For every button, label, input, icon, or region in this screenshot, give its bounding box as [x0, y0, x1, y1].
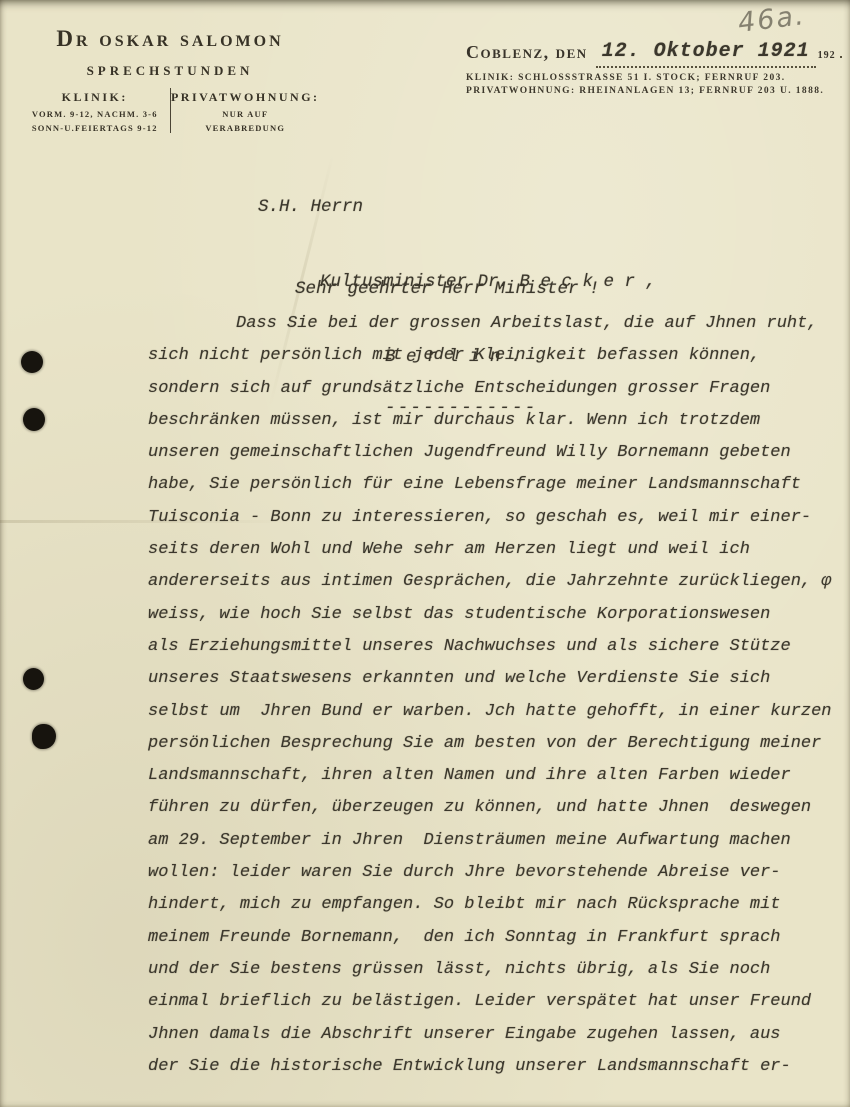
letter-body-line: und der Sie bestens grüssen lässt, nicht… — [148, 954, 848, 986]
private-address-line: PRIVATWOHNUNG: RHEINANLAGEN 13; FERNRUF … — [466, 86, 842, 96]
dateline: Coblenz, den 12. Oktober 1921 192 — [466, 42, 842, 68]
letter-body-line: seits deren Wohl und Wehe sehr am Herzen… — [148, 534, 848, 566]
clinic-column-title: KLINIK: — [20, 90, 170, 105]
clinic-hours-column: KLINIK: VORM. 9-12, NACHM. 3-6 SONN-U.FE… — [20, 88, 170, 133]
private-hours-line: VERABREDUNG — [171, 123, 321, 133]
clinic-hours-line: SONN-U.FEIERTAGS 9-12 — [20, 123, 170, 133]
letter-body-line: persönlichen Besprechung Sie am besten v… — [148, 728, 848, 760]
letter-body-line: Tuisconia - Bonn zu interessieren, so ge… — [148, 502, 848, 534]
typed-date: 12. Oktober 1921 — [602, 40, 810, 63]
letter-body-line: andererseits aus intimen Gesprächen, die… — [148, 566, 848, 598]
letter-body-line: Dass Sie bei der grossen Arbeitslast, di… — [148, 308, 848, 340]
private-hours-line: NUR AUF — [171, 109, 321, 119]
letter-body-line: hindert, mich zu empfangen. So bleibt mi… — [148, 889, 848, 921]
letter-body-line: sich nicht persönlich mit jeder Kleinigk… — [148, 340, 848, 372]
letter-body-line: am 29. September in Jhren Diensträumen m… — [148, 825, 848, 857]
letterhead-right-block: Coblenz, den 12. Oktober 1921 192 KLINIK… — [466, 42, 842, 96]
letter-salutation: Sehr geehrter Herr Minister ! — [295, 279, 600, 299]
scanned-letter-page: 46a. Dr Oskar Salomon SPRECHSTUNDEN KLIN… — [0, 0, 850, 1107]
letter-body-line: unseres Staatswesens erkannten und welch… — [148, 663, 848, 695]
letter-body-line: selbst um Jhren Bund er warben. Jch hatt… — [148, 696, 848, 728]
letter-body-line: einmal brieflich zu belästigen. Leider v… — [148, 986, 848, 1018]
private-hours-column: PRIVATWOHNUNG: NUR AUF VERABREDUNG — [170, 88, 321, 133]
doctor-name: Dr Oskar Salomon — [20, 26, 320, 52]
letter-body-line: als Erziehungsmittel unseres Nachwuchses… — [148, 631, 848, 663]
recipient-salutation-line: S.H. Herrn — [258, 190, 656, 225]
punch-hole — [23, 408, 45, 431]
letter-body-line: Jhnen damals die Abschrift unserer Einga… — [148, 1019, 848, 1051]
consultation-columns: KLINIK: VORM. 9-12, NACHM. 3-6 SONN-U.FE… — [20, 88, 320, 133]
letter-body-line: wollen: leider waren Sie durch Jhre bevo… — [148, 857, 848, 889]
letter-body-line: sondern sich auf grundsätzliche Entschei… — [148, 373, 848, 405]
punch-hole — [32, 724, 56, 749]
letter-body-line: meinem Freunde Bornemann, den ich Sonnta… — [148, 922, 848, 954]
clinic-hours-line: VORM. 9-12, NACHM. 3-6 — [20, 109, 170, 119]
consultation-hours-label: SPRECHSTUNDEN — [20, 63, 320, 79]
letter-body: Dass Sie bei der grossen Arbeitslast, di… — [148, 308, 848, 1083]
printed-year-stub: 192 — [818, 50, 836, 61]
letter-body-line: unseren gemeinschaftlichen Jugendfreund … — [148, 437, 848, 469]
letter-body-line: führen zu dürfen, überzeugen zu können, … — [148, 792, 848, 824]
clinic-address-line: KLINIK: SCHLOSSSTRASSE 51 I. STOCK; FERN… — [466, 73, 842, 83]
punch-hole — [21, 351, 43, 373]
letter-body-line: habe, Sie persönlich für eine Lebensfrag… — [148, 469, 848, 501]
date-fill-line: 12. Oktober 1921 — [596, 42, 816, 68]
place-label: Coblenz, den — [466, 42, 588, 63]
letter-body-line: der Sie die historische Entwicklung unse… — [148, 1051, 848, 1083]
private-column-title: PRIVATWOHNUNG: — [171, 90, 321, 105]
letter-body-line: beschränken müssen, ist mir durchaus kla… — [148, 405, 848, 437]
punch-hole — [23, 668, 44, 690]
archival-page-number: 46a. — [736, 0, 807, 39]
letterhead-left-block: Dr Oskar Salomon SPRECHSTUNDEN KLINIK: V… — [20, 26, 320, 133]
letter-body-line: weiss, wie hoch Sie selbst das studentis… — [148, 599, 848, 631]
year-fill-dots — [840, 44, 842, 58]
letter-body-line: Landsmannschaft, ihren alten Namen und i… — [148, 760, 848, 792]
